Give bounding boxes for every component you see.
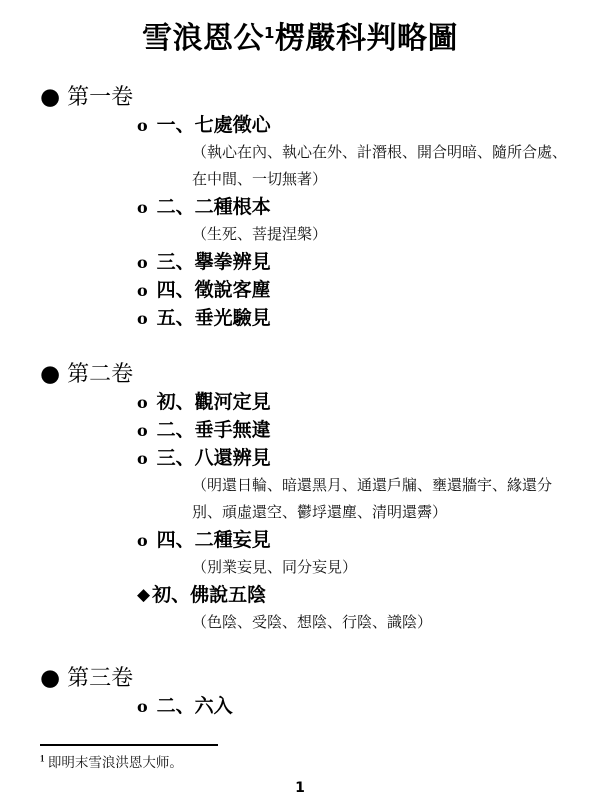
outline-item-notes: （生死、菩提涅槃） (137, 222, 560, 249)
outline-item-notes: （別業妄見、同分妄見） (137, 555, 560, 582)
diamond-item-bullet-icon: ◆ (137, 581, 150, 609)
outline-item-line: o四、二種妄見 (137, 527, 560, 555)
item-note-line: （明還日輪、暗還黑月、通還戶牖、壅還牆宇、緣還分 (192, 473, 560, 500)
volume-title: 第三卷 (67, 663, 133, 693)
outline-sections: ● 第一卷 o一、七處徵心 （執心在內、執心在外、計潛根、開合明暗、隨所合處、在… (40, 82, 560, 721)
outline-item-label: 初、觀河定見 (157, 392, 271, 413)
outline-item-label: 二、六入 (157, 696, 233, 717)
outline-item-label: 二、二種根本 (157, 197, 271, 218)
footnote-text: 即明末雪浪洪恩大师。 (48, 755, 183, 770)
outline-item: o五、垂光驗見 (137, 305, 560, 333)
outline-item-notes: （執心在內、執心在外、計潛根、開合明暗、隨所合處、在中間、一切無著） (137, 140, 560, 194)
outline-item: o四、徵說客塵 (137, 277, 560, 305)
page-number: 1 (0, 780, 600, 796)
circle-item-bullet-icon: o (137, 445, 148, 473)
document-page: 雪浪恩公1楞嚴科判略圖 ● 第一卷 o一、七處徵心 （執心在內、執心在外、計潛根… (0, 0, 600, 800)
circle-item-bullet-icon: o (137, 527, 148, 555)
item-note-line: （生死、菩提涅槃） (192, 222, 560, 249)
circle-item-bullet-icon: o (137, 194, 148, 222)
outline-item-label: 一、七處徵心 (157, 115, 271, 136)
item-note-line: （執心在內、執心在外、計潛根、開合明暗、隨所合處、 (192, 140, 560, 167)
filled-circle-bullet-icon: ● (40, 667, 60, 690)
circle-item-bullet-icon: o (137, 693, 148, 721)
volume-title: 第二卷 (67, 359, 133, 389)
volume-section: ● 第三卷 o二、六入 (40, 663, 560, 721)
page-title-suffix: 楞嚴科判略圖 (275, 21, 458, 56)
volume-heading: ● 第一卷 (40, 82, 560, 112)
item-note-line: （色陰、受陰、想陰、行陰、識陰） (192, 610, 560, 637)
circle-item-bullet-icon: o (137, 249, 148, 277)
circle-item-bullet-icon: o (137, 305, 148, 333)
filled-circle-bullet-icon: ● (40, 363, 60, 386)
item-note-line: 在中間、一切無著） (192, 167, 560, 194)
circle-item-bullet-icon: o (137, 277, 148, 305)
outline-item-line: o一、七處徵心 (137, 112, 560, 140)
outline-item-line: o初、觀河定見 (137, 389, 560, 417)
title-footnote-ref: 1 (264, 24, 275, 42)
filled-circle-bullet-icon: ● (40, 86, 60, 109)
outline-item: ◆初、佛說五陰 （色陰、受陰、想陰、行陰、識陰） (137, 582, 560, 637)
outline-item: o三、擧拳辨見 (137, 249, 560, 277)
outline-item-line: o二、六入 (137, 693, 560, 721)
outline-item-line: o五、垂光驗見 (137, 305, 560, 333)
outline-item-line: o三、擧拳辨見 (137, 249, 560, 277)
outline-item: o四、二種妄見 （別業妄見、同分妄見） (137, 527, 560, 582)
outline-item: o三、八還辨見 （明還日輪、暗還黑月、通還戶牖、壅還牆宇、緣還分別、頑虛還空、鬱… (137, 445, 560, 527)
outline-item: o初、觀河定見 (137, 389, 560, 417)
circle-item-bullet-icon: o (137, 417, 148, 445)
circle-item-bullet-icon: o (137, 389, 148, 417)
volume-heading: ● 第二卷 (40, 359, 560, 389)
footnote: 1 即明末雪浪洪恩大师。 (40, 751, 560, 771)
volume-heading: ● 第三卷 (40, 663, 560, 693)
outline-item-notes: （色陰、受陰、想陰、行陰、識陰） (137, 610, 560, 637)
volume-items: o二、六入 (40, 693, 560, 721)
footnote-area: 1 即明末雪浪洪恩大师。 (40, 744, 560, 771)
outline-item-line: o四、徵說客塵 (137, 277, 560, 305)
outline-item-label: 四、徵說客塵 (157, 280, 271, 301)
page-title-prefix: 雪浪恩公 (142, 21, 264, 56)
outline-item-line: o三、八還辨見 (137, 445, 560, 473)
circle-item-bullet-icon: o (137, 112, 148, 140)
item-note-line: （別業妄見、同分妄見） (192, 555, 560, 582)
volume-section: ● 第一卷 o一、七處徵心 （執心在內、執心在外、計潛根、開合明暗、隨所合處、在… (40, 82, 560, 333)
outline-item-label: 二、垂手無違 (157, 420, 271, 441)
outline-item: o二、垂手無違 (137, 417, 560, 445)
outline-item-label: 五、垂光驗見 (157, 308, 271, 329)
volume-items: o一、七處徵心 （執心在內、執心在外、計潛根、開合明暗、隨所合處、在中間、一切無… (40, 112, 560, 333)
footnote-marker: 1 (40, 754, 45, 764)
outline-item: o二、六入 (137, 693, 560, 721)
volume-items: o初、觀河定見 o二、垂手無違 o三、八還辨見 （明還日輪、暗還黑月、通還戶牖、… (40, 389, 560, 637)
outline-item-line: o二、二種根本 (137, 194, 560, 222)
outline-item-label: 三、八還辨見 (157, 448, 271, 469)
footnote-divider (40, 744, 218, 746)
outline-item: o二、二種根本 （生死、菩提涅槃） (137, 194, 560, 249)
outline-item-notes: （明還日輪、暗還黑月、通還戶牖、壅還牆宇、緣還分別、頑虛還空、鬱垺還塵、清明還霽… (137, 473, 560, 527)
page-title: 雪浪恩公1楞嚴科判略圖 (40, 20, 560, 58)
outline-item-label: 四、二種妄見 (157, 530, 271, 551)
outline-item-label: 初、佛說五陰 (152, 585, 266, 606)
outline-item-line: ◆初、佛說五陰 (137, 582, 560, 610)
volume-section: ● 第二卷 o初、觀河定見 o二、垂手無違 o三、八還辨見 （明還日輪、暗還黑月… (40, 359, 560, 637)
item-note-line: 別、頑虛還空、鬱垺還塵、清明還霽） (192, 500, 560, 527)
outline-item-label: 三、擧拳辨見 (157, 252, 271, 273)
volume-title: 第一卷 (67, 82, 133, 112)
outline-item: o一、七處徵心 （執心在內、執心在外、計潛根、開合明暗、隨所合處、在中間、一切無… (137, 112, 560, 194)
outline-item-line: o二、垂手無違 (137, 417, 560, 445)
